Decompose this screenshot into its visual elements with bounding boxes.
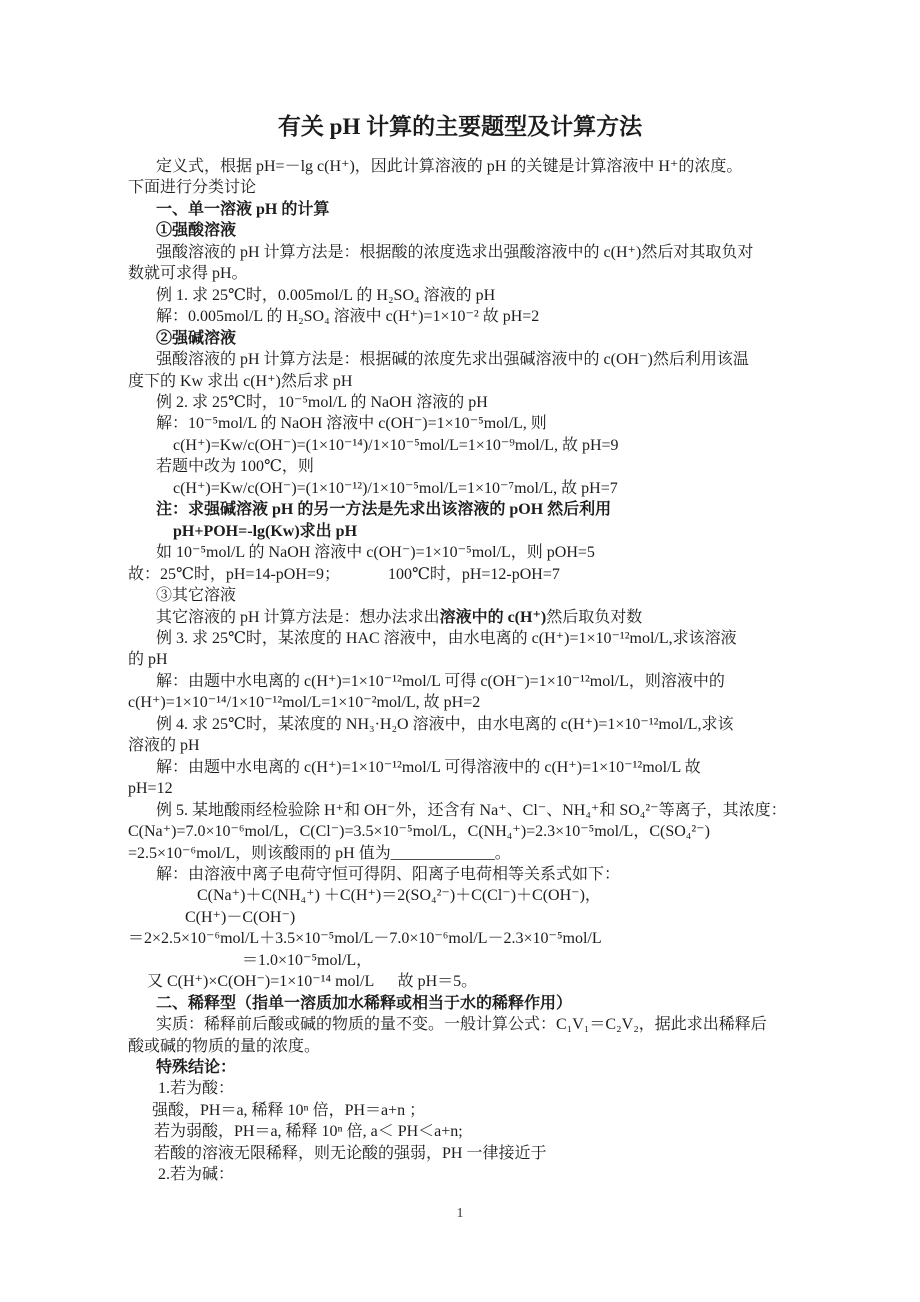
text-line: ③其它溶液	[128, 585, 825, 606]
text-line: 例 4. 求 25℃时，某浓度的 NH₃·H₂O 溶液中，由水电离的 c(H⁺)…	[128, 714, 825, 735]
text-line: 解：0.005mol/L 的 H₂SO₄ 溶液中 c(H⁺)=1×10⁻² 故 …	[128, 306, 825, 327]
text-line: 例 1. 求 25℃时，0.005mol/L 的 H₂SO₄ 溶液的 pH	[128, 285, 825, 306]
text-line: 其它溶液的 pH 计算方法是：想办法求出溶液中的 c(H⁺)然后取负对数	[128, 607, 825, 628]
text-line: 1.若为酸：	[128, 1078, 825, 1099]
text-run: =2.5×10⁻⁶mol/L，则该酸雨的 pH 值为_____________。	[128, 845, 511, 862]
text-line: ①强酸溶液	[128, 220, 825, 241]
text-run: 解：10⁻⁵mol/L 的 NaOH 溶液中 c(OH⁻)=1×10⁻⁵mol/…	[156, 415, 547, 432]
text-line: 强酸溶液的 pH 计算方法是：根据碱的浓度先求出强碱溶液中的 c(OH⁻)然后利…	[128, 349, 825, 370]
text-run: 下面进行分类讨论	[128, 179, 256, 196]
text-line: pH=12	[128, 778, 825, 799]
text-run: 1.若为酸：	[158, 1080, 234, 1097]
text-run: 例 5. 某地酸雨经检验除 H⁺和 OH⁻外，还含有 Na⁺、Cl⁻、NH₄⁺和…	[156, 802, 787, 819]
text-run: 数就可求得 pH。	[128, 265, 248, 282]
document-body: 定义式，根据 pH=－lg c(H⁺)，因此计算溶液的 pH 的关键是计算溶液中…	[0, 156, 920, 1186]
text-run: C(Na⁺)＋C(NH₄⁺) ＋C(H⁺)＝2(SO₄²⁻)＋C(Cl⁻)＋C(…	[197, 887, 601, 904]
text-line: 酸或碱的物质的量的浓度。	[128, 1036, 825, 1057]
text-run: 定义式，根据 pH=－lg c(H⁺)，因此计算溶液的 pH 的关键是计算溶液中…	[156, 158, 742, 175]
text-run: 强酸溶液的 pH 计算方法是：根据酸的浓度选求出强酸溶液中的 c(H⁺)然后对其…	[156, 244, 753, 261]
text-run: 度下的 Kw 求出 c(H⁺)然后求 pH	[128, 373, 352, 390]
text-line: 2.若为碱：	[128, 1164, 825, 1185]
text-line: C(Na⁺)=7.0×10⁻⁶mol/L，C(Cl⁻)=3.5×10⁻⁵mol/…	[128, 821, 825, 842]
text-run: 例 1. 求 25℃时，0.005mol/L 的 H₂SO₄ 溶液的 pH	[156, 287, 495, 304]
text-run: ＝1.0×10⁻⁵mol/L，	[242, 952, 372, 969]
text-run: 强酸溶液的 pH 计算方法是：根据碱的浓度先求出强碱溶液中的 c(OH⁻)然后利…	[156, 351, 749, 368]
text-line: c(H⁺)=Kw/c(OH⁻)=(1×10⁻¹²)/1×10⁻⁵mol/L=1×…	[128, 478, 825, 499]
document-title: 有关 pH 计算的主要题型及计算方法	[0, 110, 920, 144]
text-run: 又 C(H⁺)×C(OH⁻)=1×10⁻¹⁴ mol/L 故 pH＝5。	[147, 973, 477, 990]
text-run: 解：由题中水电离的 c(H⁺)=1×10⁻¹²mol/L 可得溶液中的 c(H⁺…	[156, 759, 701, 776]
text-line: 如 10⁻⁵mol/L 的 NaOH 溶液中 c(OH⁻)=1×10⁻⁵mol/…	[128, 542, 825, 563]
text-run: 解：0.005mol/L 的 H₂SO₄ 溶液中 c(H⁺)=1×10⁻² 故 …	[156, 308, 539, 325]
text-line: 若题中改为 100℃，则	[128, 456, 825, 477]
text-line: 例 3. 求 25℃时，某浓度的 HAC 溶液中，由水电离的 c(H⁺)=1×1…	[128, 628, 825, 649]
text-run: c(H⁺)=Kw/c(OH⁻)=(1×10⁻¹⁴)/1×10⁻⁵mol/L=1×…	[173, 437, 619, 454]
text-run: 酸或碱的物质的量的浓度。	[128, 1038, 320, 1055]
text-line: 二、稀释型（指单一溶质加水稀释或相当于水的稀释作用）	[128, 993, 825, 1014]
text-run: 溶液的 pH	[128, 737, 200, 754]
text-run: 的 pH	[128, 651, 168, 668]
text-run: ③其它溶液	[156, 587, 236, 604]
text-run: 若为弱酸，PH＝a, 稀释 10ⁿ 倍, a＜ PH＜a+n;	[154, 1123, 463, 1140]
text-line: 例 5. 某地酸雨经检验除 H⁺和 OH⁻外，还含有 Na⁺、Cl⁻、NH₄⁺和…	[128, 800, 825, 821]
text-line: 实质：稀释前后酸或碱的物质的量不变。一般计算公式：C₁V₁＝C₂V₂，据此求出稀…	[128, 1014, 825, 1035]
text-run: pH=12	[128, 780, 173, 797]
text-line: 解：10⁻⁵mol/L 的 NaOH 溶液中 c(OH⁻)=1×10⁻⁵mol/…	[128, 413, 825, 434]
text-line: 的 pH	[128, 649, 825, 670]
text-line: 数就可求得 pH。	[128, 263, 825, 284]
text-line: 一、单一溶液 pH 的计算	[128, 199, 825, 220]
bold-text-run: 注：求强碱溶液 pH 的另一方法是先求出该溶液的 pOH 然后利用	[156, 501, 611, 518]
bold-text-run: 一、单一溶液 pH 的计算	[156, 201, 329, 218]
text-run: 例 3. 求 25℃时，某浓度的 HAC 溶液中，由水电离的 c(H⁺)=1×1…	[156, 630, 737, 647]
text-run: ＝2×2.5×10⁻⁶mol/L＋3.5×10⁻⁵mol/L－7.0×10⁻⁶m…	[128, 930, 602, 947]
text-run: 强酸，PH＝a, 稀释 10ⁿ 倍，PH＝a+n ；	[152, 1102, 425, 1119]
text-line: C(H⁺)－C(OH⁻)	[128, 907, 825, 928]
text-line: ＝1.0×10⁻⁵mol/L，	[128, 950, 825, 971]
text-run: 若题中改为 100℃，则	[156, 458, 314, 475]
bold-text-run: 溶液中的 c(H⁺)	[440, 609, 547, 626]
text-line: 定义式，根据 pH=－lg c(H⁺)，因此计算溶液的 pH 的关键是计算溶液中…	[128, 156, 825, 177]
bold-text-run: 特殊结论：	[156, 1059, 236, 1076]
text-line: =2.5×10⁻⁶mol/L，则该酸雨的 pH 值为_____________。	[128, 843, 825, 864]
text-line: 解：由题中水电离的 c(H⁺)=1×10⁻¹²mol/L 可得 c(OH⁻)=1…	[128, 671, 825, 692]
text-line: 解：由溶液中离子电荷守恒可得阴、阳离子电荷相等关系式如下：	[128, 864, 825, 885]
text-line: C(Na⁺)＋C(NH₄⁺) ＋C(H⁺)＝2(SO₄²⁻)＋C(Cl⁻)＋C(…	[128, 885, 825, 906]
text-line: 例 2. 求 25℃时，10⁻⁵mol/L 的 NaOH 溶液的 pH	[128, 392, 825, 413]
text-line: 解：由题中水电离的 c(H⁺)=1×10⁻¹²mol/L 可得溶液中的 c(H⁺…	[128, 757, 825, 778]
text-line: 若酸的溶液无限稀释，则无论酸的强弱，PH 一律接近于	[128, 1143, 825, 1164]
bold-text-run: ②强碱溶液	[156, 330, 236, 347]
text-run: 如 10⁻⁵mol/L 的 NaOH 溶液中 c(OH⁻)=1×10⁻⁵mol/…	[156, 544, 595, 561]
text-run: c(H⁺)=1×10⁻¹⁴/1×10⁻¹²mol/L=1×10⁻²mol/L, …	[128, 694, 480, 711]
text-run: 解：由溶液中离子电荷守恒可得阴、阳离子电荷相等关系式如下：	[156, 866, 620, 883]
text-run: 例 4. 求 25℃时，某浓度的 NH₃·H₂O 溶液中，由水电离的 c(H⁺)…	[156, 716, 734, 733]
bold-text-run: ①强酸溶液	[156, 222, 236, 239]
text-run: 故：25℃时，pH=14-pOH=9； 100℃时，pH=12-pOH=7	[128, 566, 560, 583]
page-number: 1	[0, 1206, 920, 1222]
text-line: c(H⁺)=Kw/c(OH⁻)=(1×10⁻¹⁴)/1×10⁻⁵mol/L=1×…	[128, 435, 825, 456]
text-run: 例 2. 求 25℃时，10⁻⁵mol/L 的 NaOH 溶液的 pH	[156, 394, 488, 411]
text-run: 2.若为碱：	[158, 1166, 234, 1183]
text-line: ＝2×2.5×10⁻⁶mol/L＋3.5×10⁻⁵mol/L－7.0×10⁻⁶m…	[128, 928, 825, 949]
bold-text-run: 二、稀释型（指单一溶质加水稀释或相当于水的稀释作用）	[156, 995, 572, 1012]
text-line: 若为弱酸，PH＝a, 稀释 10ⁿ 倍, a＜ PH＜a+n;	[128, 1121, 825, 1142]
text-line: c(H⁺)=1×10⁻¹⁴/1×10⁻¹²mol/L=1×10⁻²mol/L, …	[128, 692, 825, 713]
text-line: ②强碱溶液	[128, 328, 825, 349]
text-line: pH+POH=-lg(Kw)求出 pH	[128, 521, 825, 542]
text-line: 度下的 Kw 求出 c(H⁺)然后求 pH	[128, 371, 825, 392]
text-line: 下面进行分类讨论	[128, 177, 825, 198]
text-run: 实质：稀释前后酸或碱的物质的量不变。一般计算公式：C₁V₁＝C₂V₂，据此求出稀…	[156, 1016, 767, 1033]
text-line: 强酸，PH＝a, 稀释 10ⁿ 倍，PH＝a+n ；	[128, 1100, 825, 1121]
document-page: 有关 pH 计算的主要题型及计算方法 定义式，根据 pH=－lg c(H⁺)，因…	[0, 0, 920, 1302]
text-line: 故：25℃时，pH=14-pOH=9； 100℃时，pH=12-pOH=7	[128, 564, 825, 585]
text-line: 特殊结论：	[128, 1057, 825, 1078]
text-run: 然后取负对数	[546, 609, 642, 626]
text-line: 又 C(H⁺)×C(OH⁻)=1×10⁻¹⁴ mol/L 故 pH＝5。	[128, 971, 825, 992]
text-line: 强酸溶液的 pH 计算方法是：根据酸的浓度选求出强酸溶液中的 c(H⁺)然后对其…	[128, 242, 825, 263]
text-line: 注：求强碱溶液 pH 的另一方法是先求出该溶液的 pOH 然后利用	[128, 499, 825, 520]
text-run: 若酸的溶液无限稀释，则无论酸的强弱，PH 一律接近于	[154, 1145, 546, 1162]
text-line: 溶液的 pH	[128, 735, 825, 756]
text-run: C(Na⁺)=7.0×10⁻⁶mol/L，C(Cl⁻)=3.5×10⁻⁵mol/…	[128, 823, 710, 840]
text-run: c(H⁺)=Kw/c(OH⁻)=(1×10⁻¹²)/1×10⁻⁵mol/L=1×…	[173, 480, 618, 497]
text-run: 解：由题中水电离的 c(H⁺)=1×10⁻¹²mol/L 可得 c(OH⁻)=1…	[156, 673, 725, 690]
text-run: 其它溶液的 pH 计算方法是：想办法求出	[156, 609, 440, 626]
text-run: C(H⁺)－C(OH⁻)	[185, 909, 295, 926]
bold-text-run: pH+POH=-lg(Kw)求出 pH	[173, 523, 357, 540]
